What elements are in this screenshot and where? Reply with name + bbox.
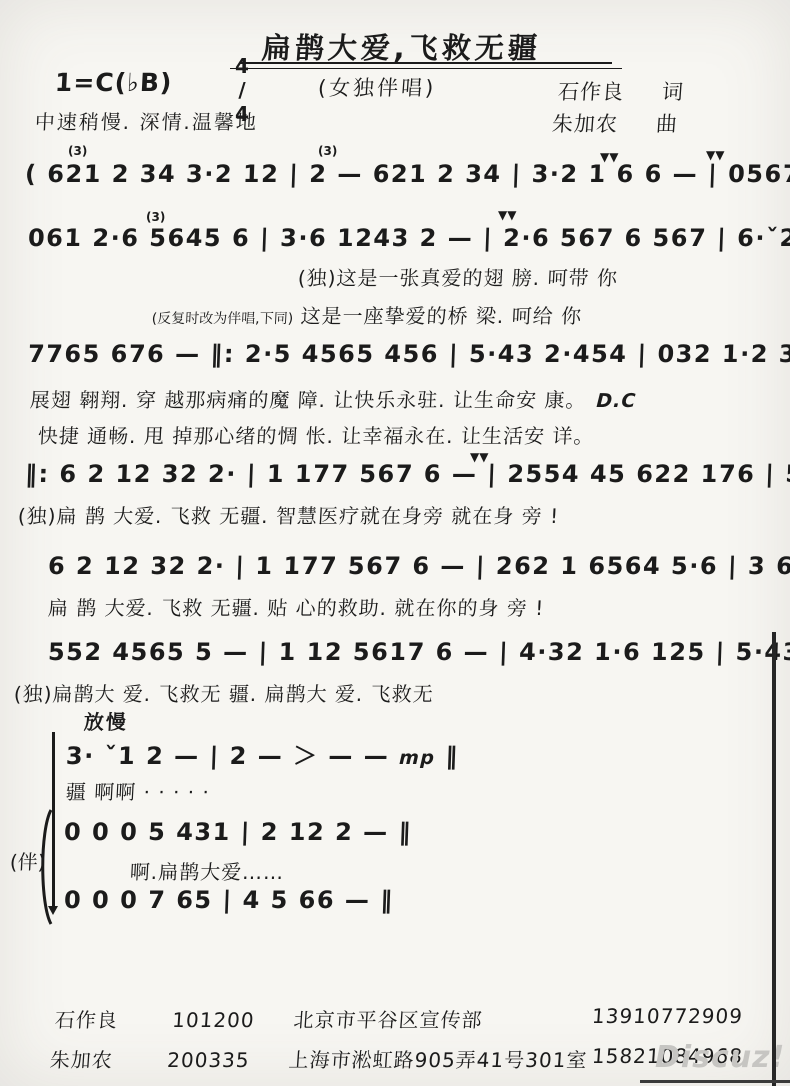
notation-line-4: ‖: 6 2 12 32 2· | 1 177 567 6 — | 2554 4… bbox=[25, 460, 790, 488]
accomp-brace bbox=[36, 808, 54, 926]
contact-address: 上海市淞虹路905弄41号301室 bbox=[288, 1044, 589, 1073]
contact-address: 北京市平谷区宣传部 bbox=[293, 1004, 484, 1033]
tempo-change-mark: 放慢 bbox=[83, 706, 129, 735]
lyric-text: 这是一座挚爱的桥 梁. 呵给 你 bbox=[300, 304, 583, 328]
triplet-mark: (3) bbox=[318, 144, 337, 158]
lyric-line: (独)扁 鹊 大爱. 飞救 无疆. 智慧医疗就在身旁 就在身 旁 ! bbox=[17, 500, 560, 529]
watermark: Discuz! bbox=[655, 1040, 785, 1075]
lyric-line: 疆 啊啊 · · · · · bbox=[65, 776, 210, 805]
contact-name: 石作良 bbox=[54, 1004, 148, 1033]
triplet-mark: (3) bbox=[146, 210, 165, 224]
triplet-mark: (3) bbox=[68, 144, 87, 158]
lyric-line: (反复时改为伴唱,下同) 这是一座挚爱的桥 梁. 呵给 你 bbox=[151, 300, 583, 329]
notation-text: 3· ˇ1 2 — | 2 — ＞ — — bbox=[65, 742, 389, 770]
contact-name: 朱加农 bbox=[49, 1044, 143, 1073]
song-subtitle: (女独伴唱) bbox=[317, 72, 437, 102]
lyric-line: 啊.扁鹊大爱…… bbox=[129, 856, 285, 885]
key-signature: 1=C(♭B) bbox=[54, 68, 173, 97]
composer-credit: 朱加农曲 bbox=[551, 108, 679, 138]
lyric-line: (独)扁鹊大 爱. 飞救无 疆. 扁鹊大 爱. 飞救无 bbox=[13, 678, 434, 707]
tempo-marking: 中速稍慢. 深情.温馨地 bbox=[34, 106, 259, 135]
title-underline-2 bbox=[230, 68, 622, 69]
contact-row: 石作良 101200 北京市平谷区宣传部 bbox=[54, 1004, 484, 1033]
lyricist-role: 词 bbox=[661, 80, 685, 104]
notation-line-5: 6 2 12 32 2· | 1 177 567 6 — | 262 1 656… bbox=[48, 552, 790, 580]
dynamic-mark: mp bbox=[399, 747, 436, 769]
contact-row: 朱加农 200335 上海市淞虹路905弄41号301室 bbox=[49, 1044, 589, 1073]
lyricist-credit: 石作良词 bbox=[557, 76, 685, 106]
lyric-line: 展翅 翱翔. 穿 越那病痛的魔 障. 让快乐永驻. 让生命安 康。D.C bbox=[29, 384, 637, 413]
notation-line-3: 7765 676 — ‖: 2·5 4565 456 | 5·43 2·454 … bbox=[28, 340, 790, 368]
accent-mark: ▼▼ bbox=[498, 208, 516, 222]
notation-line-9: 0 0 0 7 65 | 4 5 66 — ‖ bbox=[64, 886, 395, 914]
contact-phone: 13910772909 bbox=[591, 1004, 744, 1028]
composer-name: 朱加农 bbox=[551, 112, 619, 136]
contact-postcode: 101200 bbox=[171, 1008, 273, 1032]
dc-mark: D.C bbox=[596, 390, 637, 412]
notation-line-2: 061 2·6 5645 6 | 3·6 1243 2 — | 2·6 567 … bbox=[28, 224, 790, 252]
lyric-line: 快捷 通畅. 甩 掉那心绪的惆 怅. 让幸福永在. 让生活安 详。 bbox=[37, 420, 595, 449]
notation-line-6: 552 4565 5 — | 1 12 5617 6 — | 4·32 1·6 … bbox=[48, 638, 790, 666]
lyricist-name: 石作良 bbox=[557, 80, 625, 104]
notation-line-7: 3· ˇ1 2 — | 2 — ＞ — — mp ‖ bbox=[65, 736, 459, 771]
score-page: 扁鹊大爱,飞救无疆 (女独伴唱) 1=C(♭B) 4/4 中速稍慢. 深情.温馨… bbox=[0, 0, 790, 1086]
composer-role: 曲 bbox=[655, 112, 679, 136]
lyric-text: 展翅 翱翔. 穿 越那病痛的魔 障. 让快乐永驻. 让生命安 康。 bbox=[29, 388, 587, 412]
scan-edge-line bbox=[772, 632, 776, 1086]
repeat-note: (反复时改为伴唱,下同) bbox=[151, 311, 293, 327]
notation-line-1: ( 621 2 34 3·2 12 | 2 — 621 2 34 | 3·2 1… bbox=[25, 160, 790, 188]
lyric-line: 扁 鹊 大爱. 飞救 无疆. 贴 心的救助. 就在你的身 旁 ! bbox=[47, 592, 545, 621]
song-title: 扁鹊大爱,飞救无疆 bbox=[261, 26, 543, 67]
title-underline-1 bbox=[240, 62, 612, 64]
lyric-line: (独)这是一张真爱的翅 膀. 呵带 你 bbox=[297, 262, 619, 291]
contact-postcode: 200335 bbox=[166, 1048, 268, 1072]
scan-edge-line bbox=[640, 1080, 790, 1083]
notation-line-8: 0 0 0 5 431 | 2 12 2 — ‖ bbox=[64, 818, 413, 846]
